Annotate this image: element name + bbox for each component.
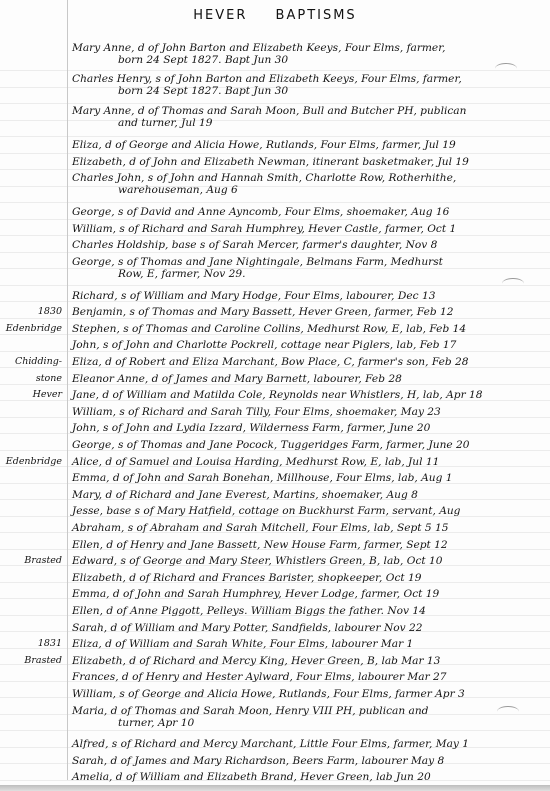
baptism-entry: Jesse, base s of Mary Hatfield, cottage … <box>72 505 542 517</box>
baptism-entry: Elizabeth, d of Richard and Mercy King, … <box>72 655 542 667</box>
entry-text: Jane, d of William and Matilda Cole, Rey… <box>72 389 482 401</box>
entry-text: Eliza, d of George and Alicia Howe, Rutl… <box>72 139 456 151</box>
margin-note: Chidding- <box>0 356 62 367</box>
pencil-mark <box>502 278 524 289</box>
ruled-line <box>0 285 550 286</box>
ruled-line <box>0 730 550 731</box>
margin-note: stone <box>0 373 62 384</box>
ruled-line <box>0 70 550 71</box>
entry-text: George, s of David and Anne Ayncomb, Fou… <box>72 206 449 218</box>
entry-text: Jesse, base s of Mary Hatfield, cottage … <box>72 505 460 517</box>
entry-text: Emma, d of John and Sarah Humphrey, Heve… <box>72 588 439 600</box>
entry-text: Charles John, s of John and Hannah Smith… <box>72 172 456 184</box>
margin-note: Hever <box>0 389 62 400</box>
page-title: HEVER BAPTISMS <box>0 8 550 23</box>
entry-text: Charles Henry, s of John Barton and Eliz… <box>72 73 462 85</box>
entry-text: Alfred, s of Richard and Mercy Marchant,… <box>72 738 469 750</box>
baptism-entry: Mary Anne, d of Thomas and Sarah Moon, B… <box>72 105 542 129</box>
ruled-line <box>0 219 550 220</box>
entry-text: Abraham, s of Abraham and Sarah Mitchell… <box>72 522 449 534</box>
entry-text: Mary Anne, d of John Barton and Elizabet… <box>72 42 445 54</box>
entry-text: Benjamin, s of Thomas and Mary Bassett, … <box>72 306 453 318</box>
margin-note: Brasted <box>0 555 62 566</box>
entry-text: Emma, d of John and Sarah Bonehan, Millh… <box>72 472 453 484</box>
baptism-entry: Sarah, d of James and Mary Richardson, B… <box>72 755 542 767</box>
entry-text: Mary Anne, d of Thomas and Sarah Moon, B… <box>72 105 466 117</box>
ruled-line <box>0 318 550 319</box>
baptism-entry: Elizabeth, d of Richard and Frances Bari… <box>72 572 542 584</box>
baptism-entry: Abraham, s of Abraham and Sarah Mitchell… <box>72 522 542 534</box>
baptism-entry: John, s of John and Charlotte Pockrell, … <box>72 339 542 351</box>
baptism-entry: Charles John, s of John and Hannah Smith… <box>72 172 542 196</box>
ruled-line <box>0 252 550 253</box>
entry-text: John, s of John and Charlotte Pockrell, … <box>72 339 456 351</box>
pencil-mark <box>497 706 519 717</box>
baptism-entry: Emma, d of John and Sarah Bonehan, Millh… <box>72 472 542 484</box>
baptism-entry: Ellen, d of Anne Piggott, Pelleys. Willi… <box>72 605 542 617</box>
entry-text: Elizabeth, d of John and Elizabeth Newma… <box>72 156 469 168</box>
entry-continuation: turner, Apr 10 <box>72 717 542 729</box>
ruled-line <box>0 136 550 137</box>
ruled-line <box>0 103 550 104</box>
ruled-line <box>0 202 550 203</box>
baptism-entry: Charles Henry, s of John Barton and Eliz… <box>72 73 542 97</box>
margin-line <box>67 0 68 780</box>
baptism-entry: Frances, d of Henry and Hester Aylward, … <box>72 671 542 683</box>
baptism-entry: Charles Holdship, base s of Sarah Mercer… <box>72 239 542 251</box>
entry-text: Maria, d of Thomas and Sarah Moon, Henry… <box>72 705 428 717</box>
baptism-entry: John, s of John and Lydia Izzard, Wilder… <box>72 422 542 434</box>
baptism-entry: Stephen, s of Thomas and Caroline Collin… <box>72 323 542 335</box>
entry-text: Sarah, d of William and Mary Potter, San… <box>72 622 422 634</box>
baptism-entry: Mary, d of Richard and Jane Everest, Mar… <box>72 489 542 501</box>
entry-text: John, s of John and Lydia Izzard, Wilder… <box>72 422 430 434</box>
ruled-line <box>0 351 550 352</box>
entry-text: Stephen, s of Thomas and Caroline Collin… <box>72 323 466 335</box>
baptism-entry: Ellen, d of Henry and Jane Bassett, New … <box>72 539 542 551</box>
baptism-entry: Alice, d of Samuel and Louisa Harding, M… <box>72 456 542 468</box>
entry-text: George, s of Thomas and Jane Pocock, Tug… <box>72 439 470 451</box>
entry-text: Mary, d of Richard and Jane Everest, Mar… <box>72 489 418 501</box>
entry-text: Eliza, d of William and Sarah White, Fou… <box>72 638 413 650</box>
ruled-line <box>0 169 550 170</box>
entry-text: Elizabeth, d of Richard and Frances Bari… <box>72 572 422 584</box>
entry-text: Richard, s of William and Mary Hodge, Fo… <box>72 290 435 302</box>
entry-text: Alice, d of Samuel and Louisa Harding, M… <box>72 456 439 468</box>
pencil-mark <box>495 63 517 74</box>
entry-text: Eliza, d of Robert and Eliza Marchant, B… <box>72 356 469 368</box>
baptism-entry: George, s of Thomas and Jane Pocock, Tug… <box>72 439 542 451</box>
entry-text: William, s of George and Alicia Howe, Ru… <box>72 688 465 700</box>
baptism-entry: Mary Anne, d of John Barton and Elizabet… <box>72 42 542 66</box>
page-bottom-edge <box>0 785 550 791</box>
ruled-line <box>0 235 550 236</box>
baptism-entry: Jane, d of William and Matilda Cole, Rey… <box>72 389 542 401</box>
baptism-entry: William, s of George and Alicia Howe, Ru… <box>72 688 542 700</box>
baptism-entry: Benjamin, s of Thomas and Mary Bassett, … <box>72 306 542 318</box>
entry-text: Charles Holdship, base s of Sarah Mercer… <box>72 239 437 251</box>
entry-continuation: Row, E, farmer, Nov 29. <box>72 268 542 280</box>
margin-note: Edenbridge <box>0 323 62 334</box>
entry-text: Elizabeth, d of Richard and Mercy King, … <box>72 655 440 667</box>
margin-note: 1831 <box>0 638 62 649</box>
baptism-entry: Eliza, d of Robert and Eliza Marchant, B… <box>72 356 542 368</box>
baptism-entry: Elizabeth, d of John and Elizabeth Newma… <box>72 156 542 168</box>
baptism-entry: William, s of Richard and Sarah Tilly, F… <box>72 406 542 418</box>
entry-continuation: born 24 Sept 1827. Bapt Jun 30 <box>72 85 542 97</box>
margin-note: Brasted <box>0 655 62 666</box>
entry-text: Edward, s of George and Mary Steer, Whis… <box>72 555 443 567</box>
entry-continuation: warehouseman, Aug 6 <box>72 184 542 196</box>
baptism-entry: Edward, s of George and Mary Steer, Whis… <box>72 555 542 567</box>
baptism-entry: George, s of Thomas and Jane Nightingale… <box>72 256 542 280</box>
baptism-entry: Alfred, s of Richard and Mercy Marchant,… <box>72 738 542 750</box>
entry-continuation: and turner, Jul 19 <box>72 117 542 129</box>
baptism-entry: Richard, s of William and Mary Hodge, Fo… <box>72 290 542 302</box>
entry-text: Sarah, d of James and Mary Richardson, B… <box>72 755 444 767</box>
baptism-entry: William, s of Richard and Sarah Humphrey… <box>72 223 542 235</box>
baptism-entry: Eliza, d of William and Sarah White, Fou… <box>72 638 542 650</box>
baptism-entry: Eliza, d of George and Alicia Howe, Rutl… <box>72 139 542 151</box>
baptism-entry: Amelia, d of William and Elizabeth Brand… <box>72 771 542 783</box>
entry-text: Amelia, d of William and Elizabeth Brand… <box>72 771 431 783</box>
baptism-entry: Eleanor Anne, d of James and Mary Barnet… <box>72 373 542 385</box>
entry-text: William, s of Richard and Sarah Tilly, F… <box>72 406 441 418</box>
baptism-entry: Emma, d of John and Sarah Humphrey, Heve… <box>72 588 542 600</box>
entry-text: William, s of Richard and Sarah Humphrey… <box>72 223 456 235</box>
ruled-line <box>0 153 550 154</box>
margin-note: 1830 <box>0 306 62 317</box>
margin-note: Edenbridge <box>0 456 62 467</box>
baptism-entry: Maria, d of Thomas and Sarah Moon, Henry… <box>72 705 542 729</box>
baptism-entry: George, s of David and Anne Ayncomb, Fou… <box>72 206 542 218</box>
entry-text: Ellen, d of Henry and Jane Bassett, New … <box>72 539 448 551</box>
entry-text: Ellen, d of Anne Piggott, Pelleys. Willi… <box>72 605 426 617</box>
entry-text: Eleanor Anne, d of James and Mary Barnet… <box>72 373 402 385</box>
entry-continuation: born 24 Sept 1827. Bapt Jun 30 <box>72 54 542 66</box>
entry-text: George, s of Thomas and Jane Nightingale… <box>72 256 443 268</box>
entry-text: Frances, d of Henry and Hester Aylward, … <box>72 671 447 683</box>
baptism-entry: Sarah, d of William and Mary Potter, San… <box>72 622 542 634</box>
document-page: HEVER BAPTISMS Mary Anne, d of John Bart… <box>0 0 550 791</box>
